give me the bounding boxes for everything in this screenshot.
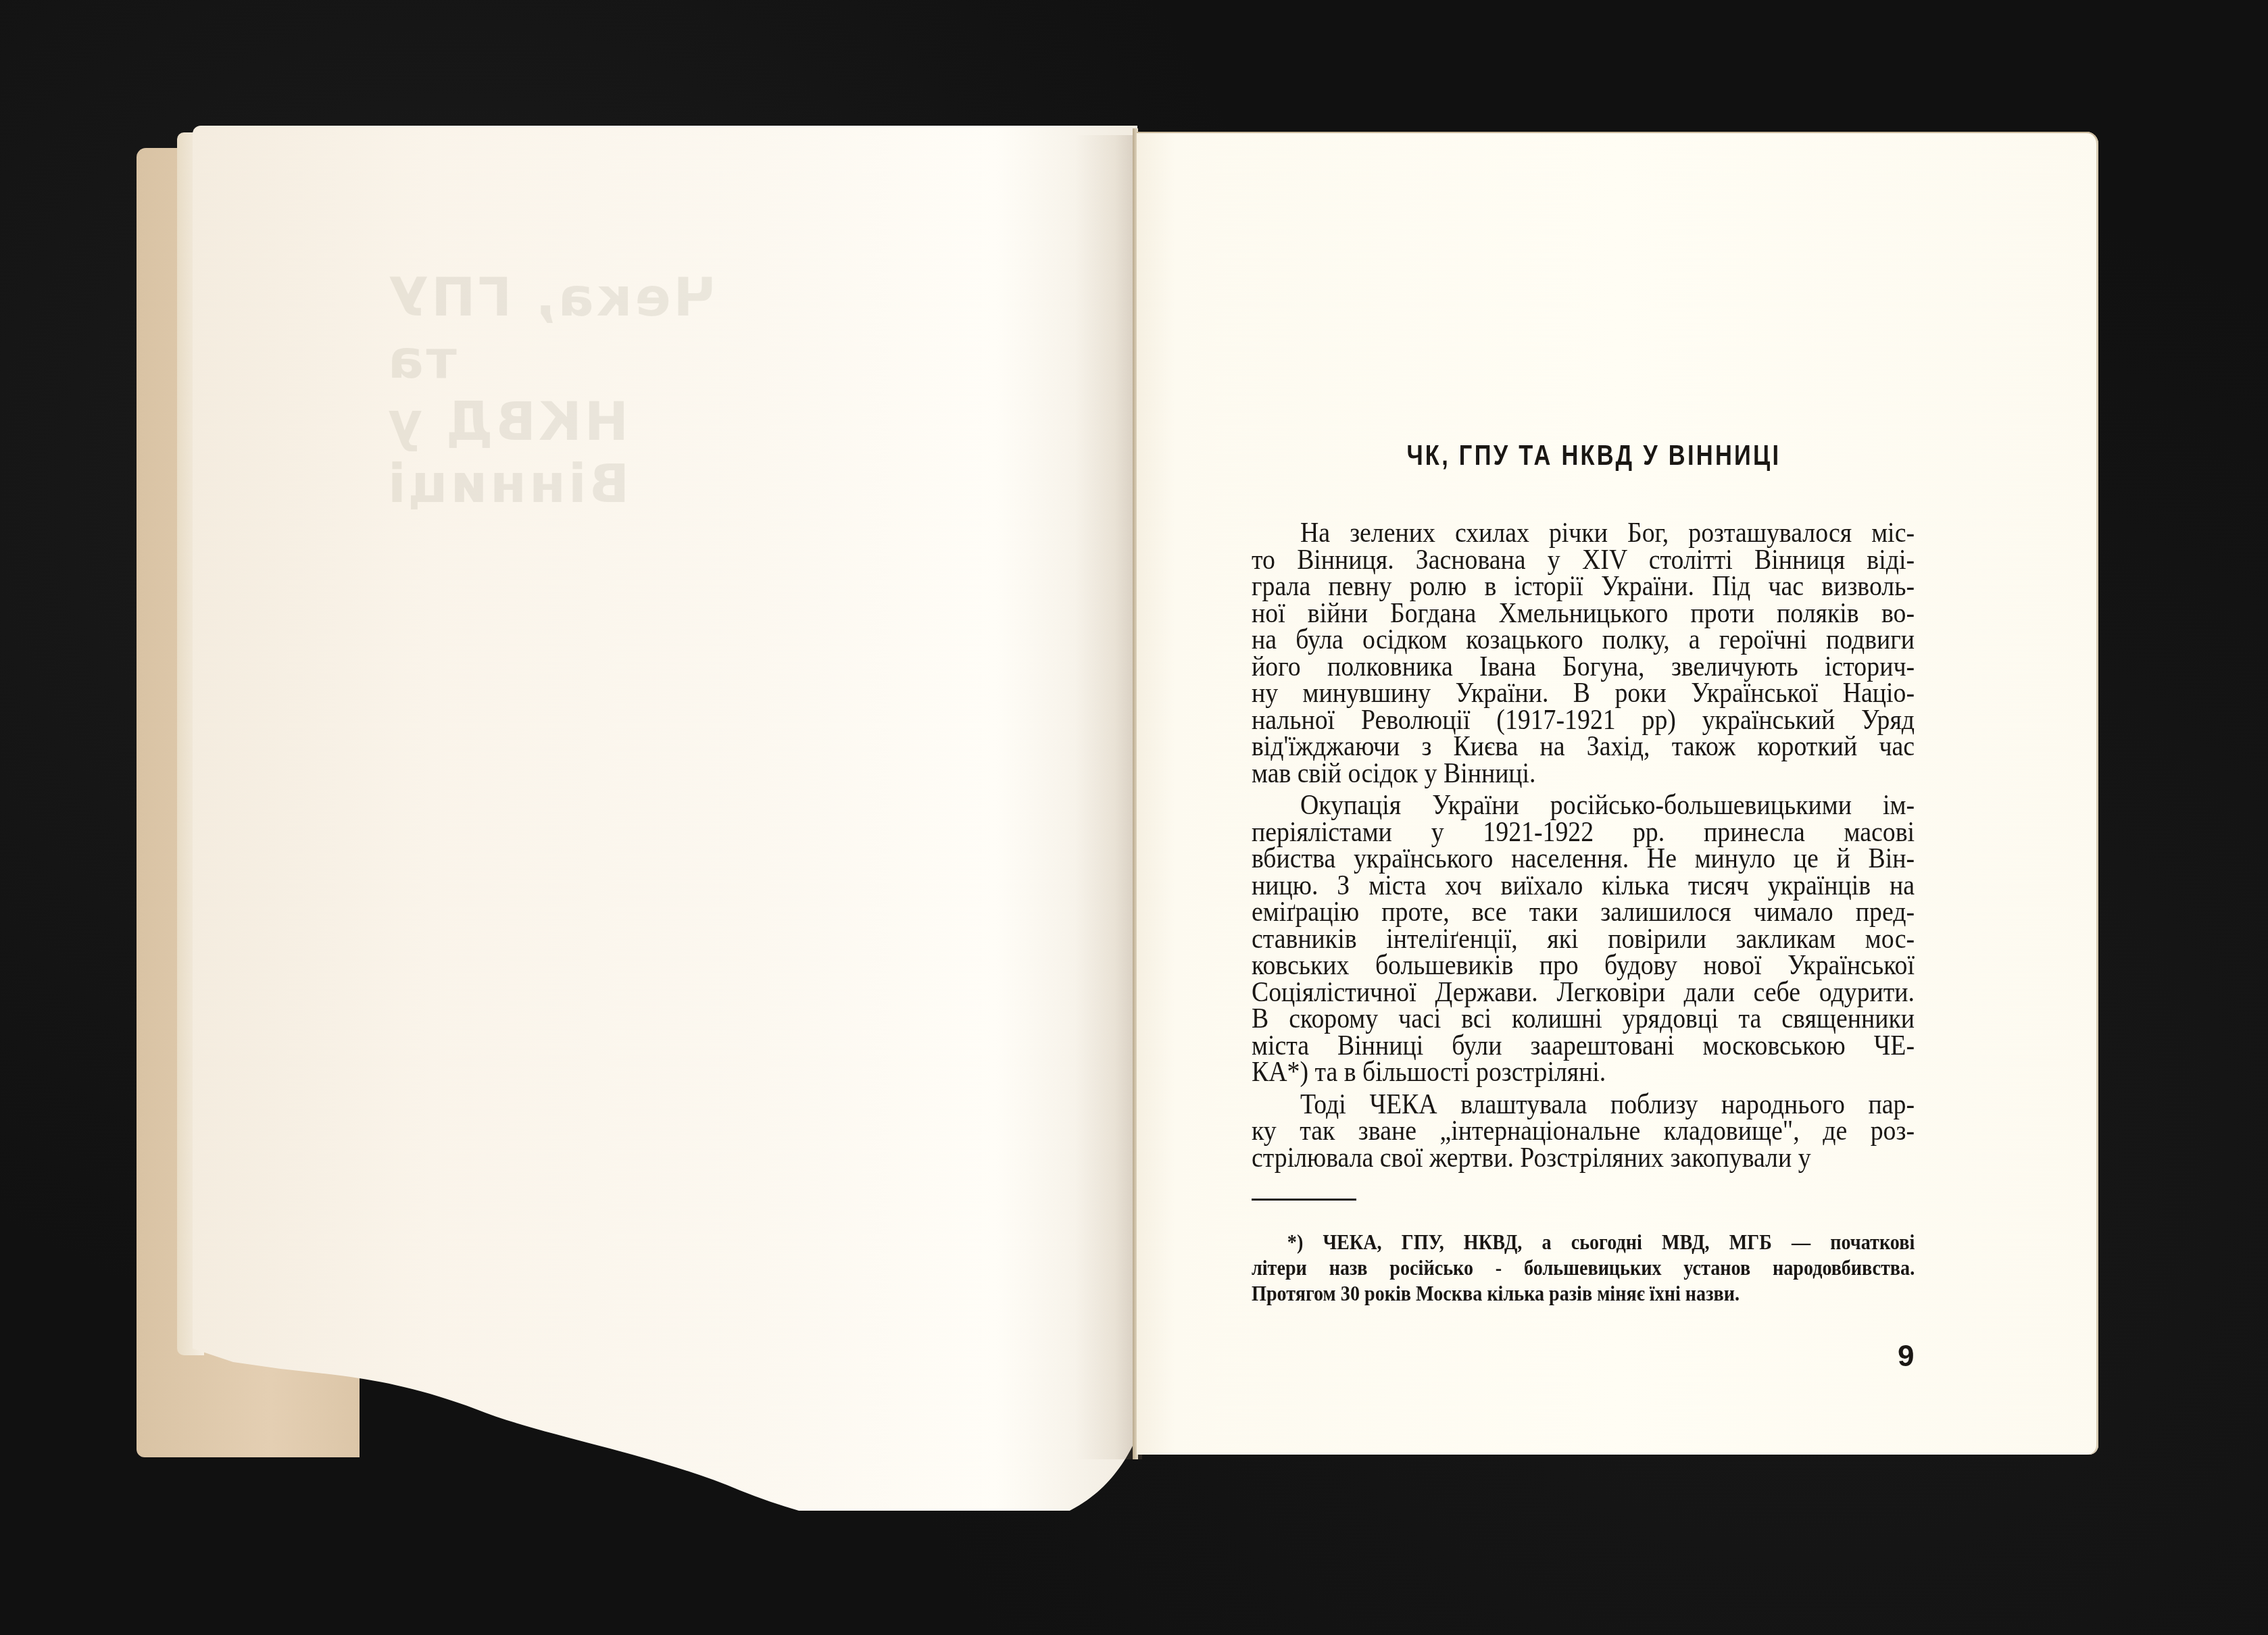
footnote-divider bbox=[1252, 1199, 1356, 1201]
text-line: ставників інтеліґенції, які повірили зак… bbox=[1252, 926, 1915, 953]
text-line: Окупація України російсько-большевицьким… bbox=[1252, 793, 1915, 820]
text-line: стрілювала свої жертви. Розстріляних зак… bbox=[1252, 1145, 1915, 1172]
gutter-shadow bbox=[1075, 135, 1142, 1459]
text-line: ковських большевиків про будову нової Ук… bbox=[1252, 953, 1915, 980]
left-page-show-through-title: Чека, ГПУ та НКВД у Вінниці bbox=[385, 267, 791, 515]
text-line: ну минувшину України. В роки Української… bbox=[1252, 680, 1915, 707]
footnote: *) ЧЕКА, ГПУ, НКВД, а сьогодні МВД, МГБ … bbox=[1252, 1229, 1915, 1306]
text-line: ку так зване „інтернаціональне кладовище… bbox=[1252, 1118, 1915, 1145]
show-through-line: НКВД у Вінниці bbox=[385, 391, 791, 515]
text-line: вбиства українського населення. Не минул… bbox=[1252, 846, 1915, 873]
text-line: ної війни Богдана Хмельницького проти по… bbox=[1252, 601, 1915, 628]
text-line: КА*) та в більшості розстріляні. bbox=[1252, 1059, 1915, 1086]
text-line: еміґрацію проте, все таки залишилося чим… bbox=[1252, 899, 1915, 926]
text-line: На зелених схилах річки Бог, розташувало… bbox=[1252, 520, 1915, 547]
text-line: то Вінниця. Заснована у XIV столітті Він… bbox=[1252, 547, 1915, 574]
text-line: періялістами у 1921-1922 рр. принесла ма… bbox=[1252, 820, 1915, 847]
paragraph-2: Окупація України російсько-большевицьким… bbox=[1252, 793, 1915, 1086]
paragraph-1: На зелених схилах річки Бог, розташувало… bbox=[1252, 520, 1915, 787]
text-line: міста Вінниці були заарештовані московсь… bbox=[1252, 1033, 1915, 1060]
text-line: його полковника Івана Богуна, звеличують… bbox=[1252, 654, 1915, 681]
paragraph-3: Тоді ЧЕКА влаштувала поблизу народнього … bbox=[1252, 1092, 1915, 1172]
text-line: мав свій осідок у Вінниці. bbox=[1252, 761, 1915, 788]
show-through-line: Чека, ГПУ та bbox=[385, 267, 791, 391]
text-line: Соціялістичної Держави. Легковіри дали с… bbox=[1252, 980, 1915, 1007]
page-number: 9 bbox=[1898, 1340, 1914, 1374]
text-line: ницю. З міста хоч виїхало кілька тисяч у… bbox=[1252, 873, 1915, 900]
text-line: грала певну ролю в історії України. Під … bbox=[1252, 574, 1915, 601]
text-line: В скорому часі всі колишні урядовці та с… bbox=[1252, 1006, 1915, 1033]
text-line: від'їжджаючи з Києва на Захід, також кор… bbox=[1252, 734, 1915, 761]
text-line: нальної Революції (1917-1921 рр) українс… bbox=[1252, 707, 1915, 734]
text-line: Тоді ЧЕКА влаштувала поблизу народнього … bbox=[1252, 1092, 1915, 1119]
right-page-text: ЧК, ГПУ ТА НКВД У ВІННИЦІ На зелених схи… bbox=[1252, 439, 1914, 1306]
text-line: літери назв російсько - большевицьких ус… bbox=[1252, 1255, 1915, 1280]
text-line: *) ЧЕКА, ГПУ, НКВД, а сьогодні МВД, МГБ … bbox=[1252, 1229, 1915, 1255]
chapter-title: ЧК, ГПУ ТА НКВД У ВІННИЦІ bbox=[1311, 439, 1854, 472]
text-line: на була осідком козацького полку, а геро… bbox=[1252, 627, 1915, 654]
text-line: Протягом 30 років Москва кілька разів мі… bbox=[1252, 1280, 1915, 1306]
book-scan: Чека, ГПУ та НКВД у Вінниці ЧК, ГПУ ТА Н… bbox=[0, 0, 2268, 1635]
